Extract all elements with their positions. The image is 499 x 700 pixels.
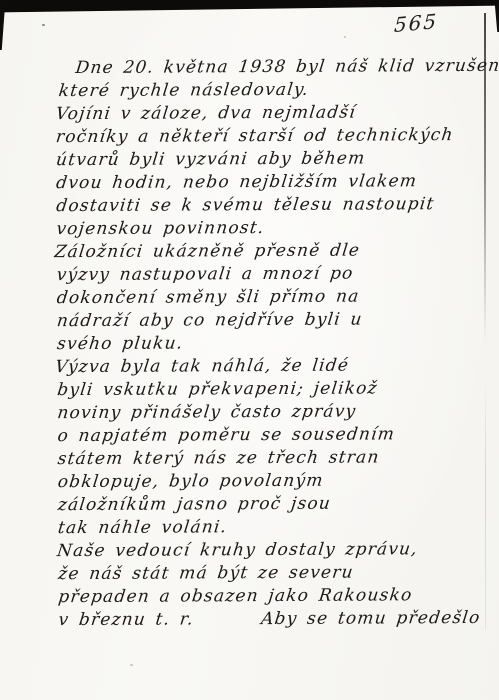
- handwritten-line-23: že náš stát má být ze severu: [57, 561, 492, 586]
- scan-speck: [42, 24, 45, 26]
- handwritten-line-10: výzvy nastupovali a mnozí po: [55, 262, 490, 287]
- handwritten-line-11: dokončení směny šli přímo na: [55, 285, 490, 310]
- handwritten-line-14: Výzva byla tak náhlá, že lidé: [54, 354, 491, 379]
- handwritten-line-18: státem který nás ze třech stran: [56, 446, 491, 471]
- handwritten-line-17: o napjatém poměru se sousedním: [56, 423, 491, 448]
- handwritten-line-20: záložníkům jasno proč jsou: [56, 492, 491, 517]
- handwritten-text: Dne 20. května 1938 byl náš klid vzrušen…: [55, 55, 490, 632]
- handwritten-line-1: Dne 20. května 1938 byl náš klid vzrušen: [54, 55, 489, 80]
- handwritten-line-24: přepaden a obsazen jako Rakousko: [57, 584, 492, 609]
- handwritten-line-22: Naše vedoucí kruhy dostaly zprávu,: [56, 538, 492, 563]
- scan-speck: [130, 664, 133, 666]
- handwritten-line-15: byli vskutku překvapeni; jelikož: [56, 377, 491, 402]
- handwritten-line-7: dostaviti se k svému tělesu nastoupit: [55, 193, 490, 218]
- handwritten-line-9: Záložníci ukázněně přesně dle: [53, 239, 490, 264]
- handwritten-line-3: Vojíni v záloze, dva nejmladší: [54, 101, 489, 126]
- handwritten-line-25: v březnu t. r. Aby se tomu předešlo: [57, 607, 492, 632]
- handwritten-line-12: nádraží aby co nejdříve byli u: [56, 308, 491, 333]
- page-number: 565: [393, 9, 438, 37]
- handwritten-line-19: obklopuje, bylo povolaným: [56, 469, 491, 494]
- handwritten-line-21: tak náhle voláni.: [57, 515, 492, 540]
- scan-edge-left: [0, 6, 5, 50]
- handwritten-line-5: útvarů byli vyzváni aby během: [55, 147, 490, 172]
- scan-speck: [344, 36, 346, 38]
- handwritten-line-8: vojenskou povinnost.: [55, 216, 490, 241]
- handwritten-line-16: noviny přinášely často zprávy: [56, 400, 491, 425]
- handwritten-line-4: ročníky a někteří starší od technických: [55, 124, 490, 149]
- handwritten-line-2: které rychle následovaly.: [57, 78, 489, 103]
- scanned-page: 565 Dne 20. května 1938 byl náš klid vzr…: [0, 0, 499, 700]
- handwritten-line-6: dvou hodin, nebo nejbližším vlakem: [55, 170, 490, 195]
- scan-edge-right: [492, 4, 499, 32]
- handwritten-line-13: svého pluku.: [56, 331, 491, 356]
